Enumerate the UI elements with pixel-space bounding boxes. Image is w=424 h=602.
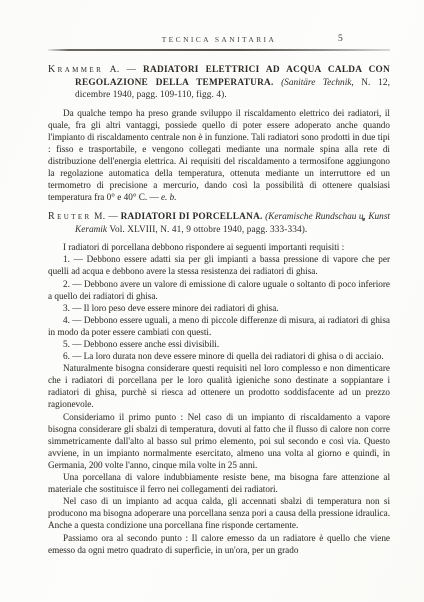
abstract-paragraph: Da qualche tempo ha preso grande svilupp… — [48, 107, 390, 204]
abstract-paragraph: I radiatori di porcellana debbono rispon… — [48, 241, 390, 253]
author-name: Reuter — [48, 211, 92, 222]
entry-heading-reuter: Reuter M. — RADIATORI DI PORCELLANA. (Ke… — [48, 211, 390, 236]
source-journal: (Sanitäre Technik, — [281, 78, 354, 88]
header-rule — [48, 49, 390, 51]
entry-title: RADIATORI DI PORCELLANA. — [121, 212, 263, 222]
source-details: Vol. XLVIII, N. 41, 9 ottobre 1940, pagg… — [109, 225, 307, 235]
requirement-item-1: 1. — Debbono essere adatti sia per gli i… — [48, 253, 390, 277]
scanned-journal-page: TECNICA SANITARIA 5 Krammer A. — RADIATO… — [0, 0, 424, 602]
abstract-text: Da qualche tempo ha preso grande svilupp… — [48, 108, 390, 203]
requirement-item-4: 4. — Debbono essere uguali, a meno di pi… — [48, 314, 390, 338]
author-initials: A. — — [110, 65, 137, 75]
requirement-item-2: 2. — Debbono avere un valore di emission… — [48, 278, 390, 302]
page-header: TECNICA SANITARIA 5 — [48, 35, 390, 46]
reviewer-initials: e. b. — [161, 192, 177, 202]
abstract-paragraph: Nel caso di un impianto ad acqua calda, … — [48, 495, 390, 531]
requirement-item-3: 3. — Il loro peso deve essere minore dei… — [48, 302, 390, 314]
ink-speck — [362, 218, 365, 221]
abstract-entry-krammer: Krammer A. — RADIATORI ELETTRICI AD ACQU… — [48, 64, 390, 203]
requirement-item-6: 6. — La loro durata non deve essere mino… — [48, 350, 390, 362]
page-number: 5 — [338, 34, 343, 44]
author-initials: M. — — [94, 212, 118, 222]
abstract-paragraph: Naturalmente bisogna considerare questi … — [48, 362, 390, 410]
abstract-paragraph: Una porcellana di valore indubbiamente r… — [48, 471, 390, 495]
abstract-entry-reuter: Reuter M. — RADIATORI DI PORCELLANA. (Ke… — [48, 211, 390, 555]
requirement-item-5: 5. — Debbono essere anche essi divisibil… — [48, 338, 390, 350]
abstract-paragraph: Passiamo ora al secondo punto : Il calor… — [48, 532, 390, 556]
abstract-paragraph: Consideriamo il primo punto : Nel caso d… — [48, 411, 390, 471]
entry-heading-krammer: Krammer A. — RADIATORI ELETTRICI AD ACQU… — [48, 64, 390, 102]
author-name: Krammer — [48, 64, 103, 75]
